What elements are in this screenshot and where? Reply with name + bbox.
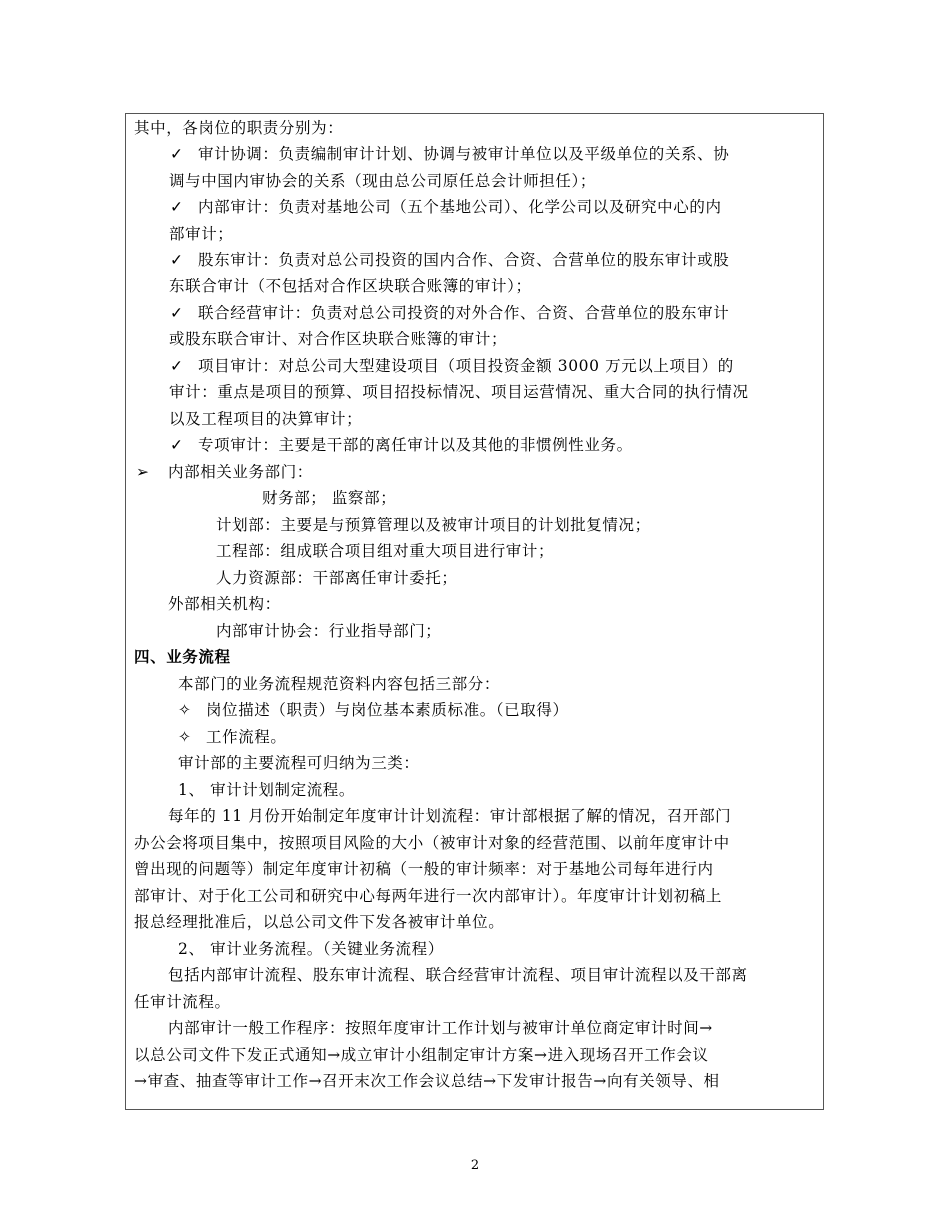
line-text: 办公会将项目集中，按照项目风险的大小（被审计对象的经营范围、以前年度审计中: [134, 834, 730, 852]
text-line: 报总经理批准后，以总公司文件下发各被审计单位。: [134, 912, 504, 932]
text-line: 部审计；: [169, 224, 233, 244]
line-text: 每年的 11 月份开始制定年度审计计划流程：审计部根据了解的情况，召开部门: [168, 807, 731, 825]
text-line: 审计部的主要流程可归纳为三类：: [178, 753, 420, 773]
text-line: 计划部：主要是与预算管理以及被审计项目的计划批复情况；: [216, 515, 651, 535]
line-text: 部审计、对于化工公司和研究中心每两年进行一次内部审计）。年度审计计划初稿上: [134, 887, 722, 905]
text-line: 审计：重点是项目的预算、项目招投标情况、项目运营情况、重大合同的执行情况: [169, 382, 749, 402]
line-text: 内部审计：负责对基地公司（五个基地公司）、化学公司以及研究中心的内: [198, 198, 722, 216]
line-text: 工程部：组成联合项目组对重大项目进行审计；: [216, 542, 554, 560]
text-line: 外部相关机构：: [168, 594, 281, 614]
line-text: 本部门的业务流程规范资料内容包括三部分：: [178, 675, 500, 693]
line-text: 报总经理批准后，以总公司文件下发各被审计单位。: [134, 913, 504, 931]
line-text: 审计部的主要流程可归纳为三类：: [178, 754, 420, 772]
diamond-bullet-icon: ✧: [178, 700, 206, 720]
line-text: 审计：重点是项目的预算、项目招投标情况、项目运营情况、重大合同的执行情况: [169, 383, 749, 401]
text-line: 包括内部审计流程、股东审计流程、联合经营审计流程、项目审计流程以及干部离: [168, 965, 748, 985]
line-text: 部审计；: [169, 225, 233, 243]
line-text: 以及工程项目的决算审计；: [169, 410, 362, 428]
text-line: ✓联合经营审计：负责对总公司投资的对外合作、合资、合营单位的股东审计: [170, 303, 729, 323]
arrow-bullet-icon: ➢: [136, 462, 168, 482]
text-line: ✓股东审计：负责对总公司投资的国内合作、合资、合营单位的股东审计或股: [170, 250, 729, 270]
checkmark-bullet-icon: ✓: [170, 356, 198, 376]
text-line: 以及工程项目的决算审计；: [169, 409, 362, 429]
line-text: 调与中国内审协会的关系（现由总公司原任总会计师担任）；: [169, 172, 596, 190]
text-line: 任审计流程。: [134, 992, 231, 1012]
text-line: 内部审计一般工作程序：按照年度审计工作计划与被审计单位商定审计时间→: [168, 1018, 713, 1038]
text-line: ➢内部相关业务部门：: [136, 462, 313, 482]
checkmark-bullet-icon: ✓: [170, 144, 198, 164]
text-line: 部审计、对于化工公司和研究中心每两年进行一次内部审计）。年度审计计划初稿上: [134, 886, 722, 906]
line-text: 财务部； 监察部；: [262, 489, 396, 507]
line-text: 项目审计：对总公司大型建设项目（项目投资金额 3000 万元以上项目）的: [198, 357, 734, 375]
line-text: 任审计流程。: [134, 993, 231, 1011]
line-text: 内部审计一般工作程序：按照年度审计工作计划与被审计单位商定审计时间→: [168, 1019, 713, 1037]
text-line: 2、 审计业务流程。（关键业务流程）: [178, 939, 444, 959]
line-text: 以总公司文件下发正式通知→成立审计小组制定审计方案→进入现场召开工作会议: [134, 1046, 709, 1064]
line-text: 人力资源部：干部离任审计委托；: [216, 569, 458, 587]
content-box: 其中，各岗位的职责分别为：✓审计协调：负责编制审计计划、协调与被审计单位以及平级…: [125, 113, 824, 1110]
line-text: 其中，各岗位的职责分别为：: [134, 119, 343, 137]
text-line: ✓专项审计：主要是干部的离任审计以及其他的非惯例性业务。: [170, 435, 633, 455]
text-line: 以总公司文件下发正式通知→成立审计小组制定审计方案→进入现场召开工作会议: [134, 1045, 709, 1065]
line-text: 岗位描述（职责）与岗位基本素质标准。（已取得）: [206, 701, 569, 719]
page-number: 2: [0, 1158, 950, 1173]
text-line: ✧工作流程。: [178, 727, 287, 747]
checkmark-bullet-icon: ✓: [170, 303, 198, 323]
line-text: →审查、抽查等审计工作→召开末次工作会议总结→下发审计报告→向有关领导、相: [134, 1072, 720, 1090]
line-text: 包括内部审计流程、股东审计流程、联合经营审计流程、项目审计流程以及干部离: [168, 966, 748, 984]
line-text: 专项审计：主要是干部的离任审计以及其他的非惯例性业务。: [198, 436, 633, 454]
line-text: 联合经营审计：负责对总公司投资的对外合作、合资、合营单位的股东审计: [198, 304, 729, 322]
line-text: 四、业务流程: [134, 647, 231, 666]
line-text: 工作流程。: [206, 728, 287, 746]
line-text: 2、 审计业务流程。（关键业务流程）: [178, 940, 444, 958]
line-text: 审计协调：负责编制审计计划、协调与被审计单位以及平级单位的关系、协: [198, 145, 729, 163]
diamond-bullet-icon: ✧: [178, 727, 206, 747]
line-text: 计划部：主要是与预算管理以及被审计项目的计划批复情况；: [216, 516, 651, 534]
text-line: 办公会将项目集中，按照项目风险的大小（被审计对象的经营范围、以前年度审计中: [134, 833, 730, 853]
text-line: 曾出现的问题等）制定年度审计初稿（一般的审计频率：对于基地公司每年进行内: [134, 859, 714, 879]
text-line: 内部审计协会：行业指导部门；: [216, 621, 441, 641]
text-line: 调与中国内审协会的关系（现由总公司原任总会计师担任）；: [169, 171, 596, 191]
text-line: 本部门的业务流程规范资料内容包括三部分：: [178, 674, 500, 694]
text-line: ✓审计协调：负责编制审计计划、协调与被审计单位以及平级单位的关系、协: [170, 144, 729, 164]
line-text: 曾出现的问题等）制定年度审计初稿（一般的审计频率：对于基地公司每年进行内: [134, 860, 714, 878]
text-line: 财务部； 监察部；: [262, 488, 396, 508]
line-text: 外部相关机构：: [168, 595, 281, 613]
checkmark-bullet-icon: ✓: [170, 197, 198, 217]
line-text: 东联合审计（不包括对合作区块联合账簿的审计）；: [169, 277, 532, 295]
line-text: 或股东联合审计、对合作区块联合账簿的审计；: [169, 330, 507, 348]
text-line: 1、 审计计划制定流程。: [178, 780, 355, 800]
text-line: 东联合审计（不包括对合作区块联合账簿的审计）；: [169, 276, 532, 296]
text-line: →审查、抽查等审计工作→召开末次工作会议总结→下发审计报告→向有关领导、相: [134, 1071, 720, 1091]
line-text: 内部审计协会：行业指导部门；: [216, 622, 441, 640]
line-text: 内部相关业务部门：: [168, 463, 313, 481]
text-line: 工程部：组成联合项目组对重大项目进行审计；: [216, 541, 554, 561]
text-line: ✓内部审计：负责对基地公司（五个基地公司）、化学公司以及研究中心的内: [170, 197, 722, 217]
section-heading: 四、业务流程: [134, 647, 231, 667]
line-text: 1、 审计计划制定流程。: [178, 781, 355, 799]
checkmark-bullet-icon: ✓: [170, 435, 198, 455]
text-line: 或股东联合审计、对合作区块联合账簿的审计；: [169, 329, 507, 349]
text-line: 其中，各岗位的职责分别为：: [134, 118, 343, 138]
text-line: 每年的 11 月份开始制定年度审计计划流程：审计部根据了解的情况，召开部门: [168, 806, 731, 826]
text-line: ✓项目审计：对总公司大型建设项目（项目投资金额 3000 万元以上项目）的: [170, 356, 734, 376]
text-line: ✧岗位描述（职责）与岗位基本素质标准。（已取得）: [178, 700, 569, 720]
checkmark-bullet-icon: ✓: [170, 250, 198, 270]
line-text: 股东审计：负责对总公司投资的国内合作、合资、合营单位的股东审计或股: [198, 251, 729, 269]
text-line: 人力资源部：干部离任审计委托；: [216, 568, 458, 588]
